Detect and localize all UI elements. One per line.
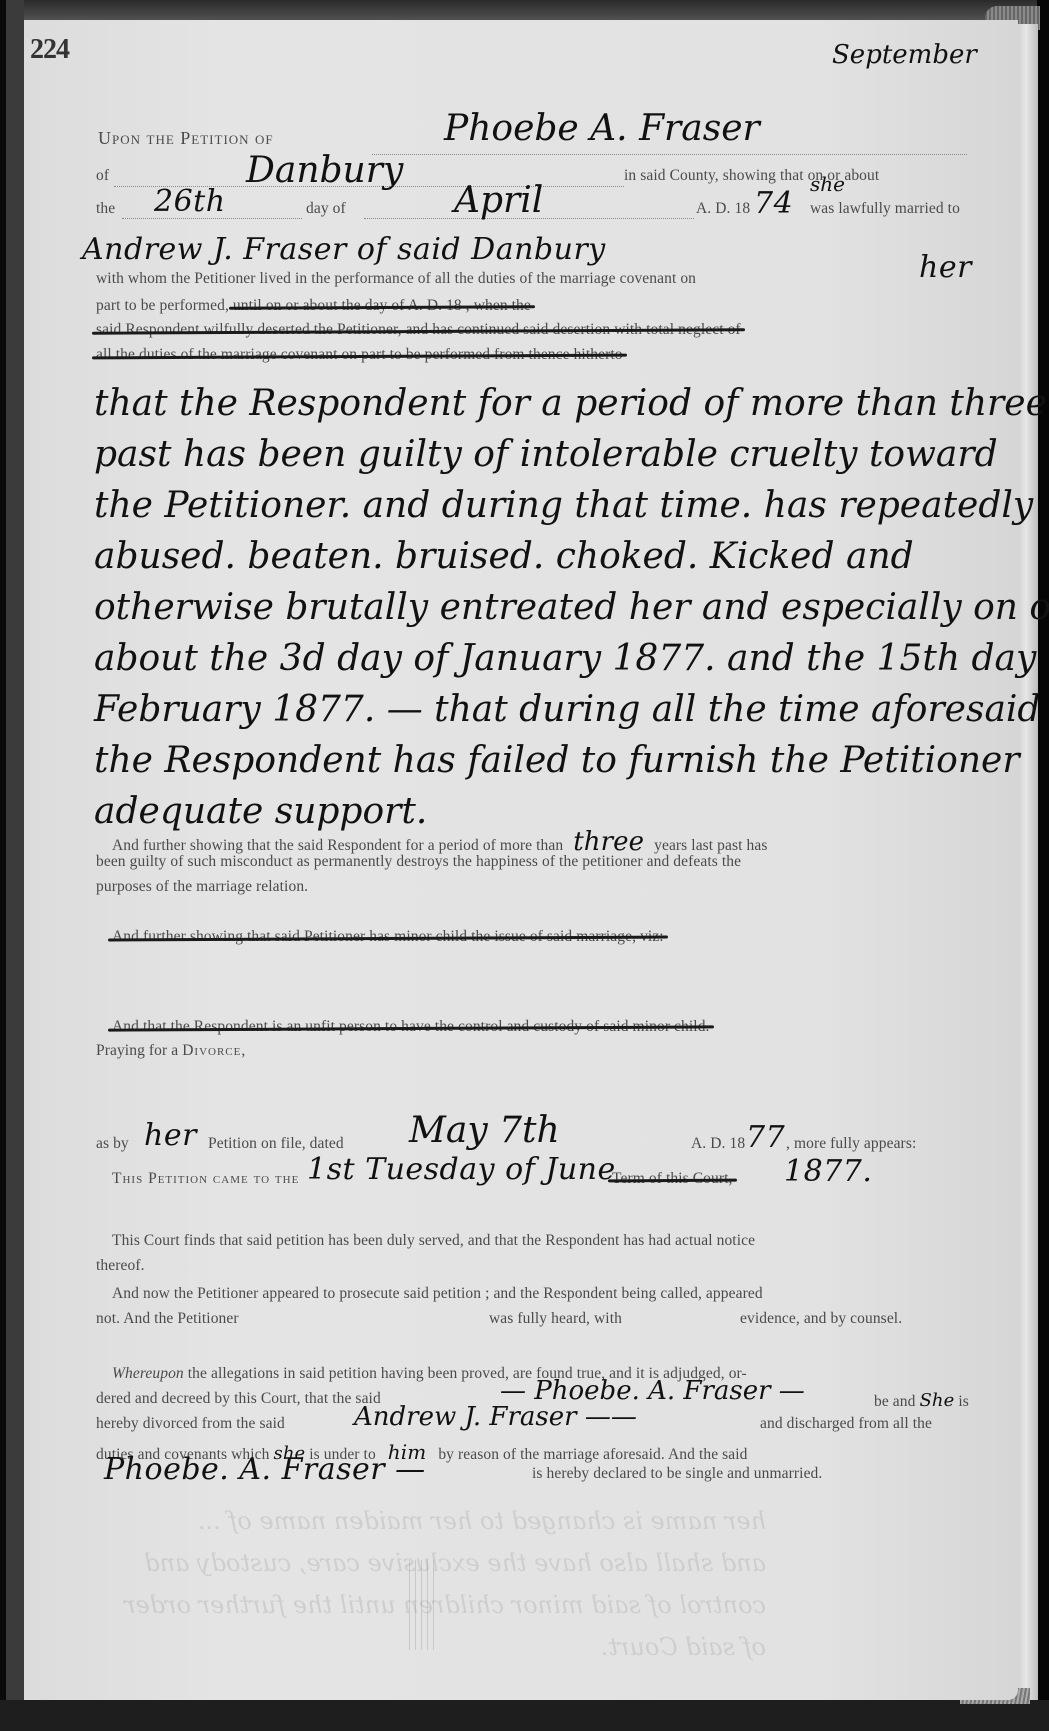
petition-header-label: Upon the Petition of: [98, 128, 274, 149]
marriage-ad-label: A. D. 18: [696, 200, 750, 218]
struck-unfit-line: And that the Respondent is an unfit pers…: [112, 1018, 710, 1036]
allegation-line: past has been guilty of intolerable crue…: [94, 429, 1049, 480]
decree-line-2-prefix: dered and decreed by this Court, that th…: [96, 1390, 381, 1408]
marriage-date-prefix: the: [96, 200, 115, 218]
allegation-line: that the Respondent for a period of more…: [94, 378, 1049, 429]
allegation-line: the Respondent has failed to furnish the…: [94, 735, 1049, 786]
allegation-line: about the 3d day of January 1877. and th…: [94, 633, 1049, 684]
page-number: 224: [30, 34, 69, 66]
scan-background-top: [24, 0, 1049, 22]
pencil-marks: [404, 1560, 434, 1650]
misconduct-line-3: purposes of the marriage relation.: [96, 878, 308, 896]
petition-ad-label: A. D. 18: [691, 1135, 745, 1153]
petition-pronoun-her: her: [144, 1118, 197, 1153]
residence-town: Danbury: [246, 150, 403, 191]
hearing-line-2a: not. And the Petitioner: [96, 1310, 239, 1328]
praying-line: Praying for a Divorce,: [96, 1042, 246, 1060]
petitioner-name: Phoebe A. Fraser: [444, 108, 760, 149]
decree-line-3-prefix: hereby divorced from the said: [96, 1415, 285, 1433]
scan-binding-shadow: [6, 0, 24, 1731]
ledger-page: 224 September her name is changed to her…: [24, 20, 1018, 1700]
court-term-year: 1877.: [784, 1154, 872, 1189]
misconduct-line-2: been guilty of such misconduct as perman…: [96, 853, 741, 871]
marriage-month: April: [454, 180, 543, 221]
book-page-stack-edge: [1017, 24, 1038, 1704]
allegation-line: otherwise brutally entreated her and esp…: [94, 582, 1049, 633]
hearing-line-2b: was fully heard, with: [489, 1310, 622, 1328]
struck-minor-child-line: And further showing that said Petitioner…: [112, 928, 664, 946]
court-term-prefix: This Petition came to the: [112, 1170, 299, 1188]
struck-form-line-1: part to be performed, until on or about …: [96, 297, 531, 315]
petition-date: May 7th: [409, 1110, 560, 1151]
court-term: 1st Tuesday of June: [307, 1152, 616, 1187]
allegation-line: February 1877. — that during all the tim…: [94, 684, 1049, 735]
handwritten-allegation: that the Respondent for a period of more…: [94, 378, 1049, 837]
decree-final-name: Phoebe. A. Fraser —: [104, 1452, 426, 1487]
service-line-2: thereof.: [96, 1257, 145, 1275]
covenant-inserted-her: her: [919, 250, 972, 285]
service-line-1: This Court finds that said petition has …: [112, 1232, 755, 1250]
marriage-year-suffix: 74: [754, 186, 793, 221]
decree-respondent-name: Andrew J. Fraser ——: [354, 1402, 637, 1432]
bleed-through-text: her name is changed to her maiden name o…: [124, 1500, 766, 1668]
marriage-day: 26th: [154, 184, 226, 219]
petition-on-file-suffix: , more fully appears:: [786, 1135, 916, 1153]
day-of-label: day of: [306, 200, 346, 218]
dotted-rule: [372, 154, 967, 155]
marriage-suffix: was lawfully married to: [810, 200, 960, 218]
decree-line-3-suffix: and discharged from all the: [760, 1415, 932, 1433]
month-heading: September: [832, 40, 977, 70]
inserted-she: she: [810, 172, 845, 196]
decree-line-2-suffix: be and She is: [874, 1390, 969, 1411]
court-term-struck: Term of this Court,: [612, 1170, 733, 1188]
hearing-line-2c: evidence, and by counsel.: [740, 1310, 902, 1328]
scan-background-bottom: [0, 1700, 1049, 1731]
hearing-line-1: And now the Petitioner appeared to prose…: [112, 1285, 763, 1303]
allegation-line: abused. beaten. bruised. choked. Kicked …: [94, 531, 1049, 582]
struck-form-line-2: said Respondent wilfully deserted the Pe…: [96, 321, 741, 339]
allegation-line: the Petitioner. and during that time. ha…: [94, 480, 1049, 531]
petition-on-file-prefix: as by: [96, 1135, 129, 1153]
struck-form-line-3: all the duties of the marriage covenant …: [96, 346, 623, 364]
covenant-line: with whom the Petitioner lived in the pe…: [96, 270, 696, 288]
residence-prefix: of: [96, 167, 109, 185]
respondent-line: Andrew J. Fraser of said Danbury: [82, 232, 606, 267]
petition-on-file-middle: Petition on file, dated: [208, 1135, 344, 1153]
petition-year-suffix: 77: [746, 1120, 785, 1155]
decree-final-suffix: is hereby declared to be single and unma…: [532, 1465, 822, 1483]
scan-background-right: [1037, 0, 1049, 1731]
